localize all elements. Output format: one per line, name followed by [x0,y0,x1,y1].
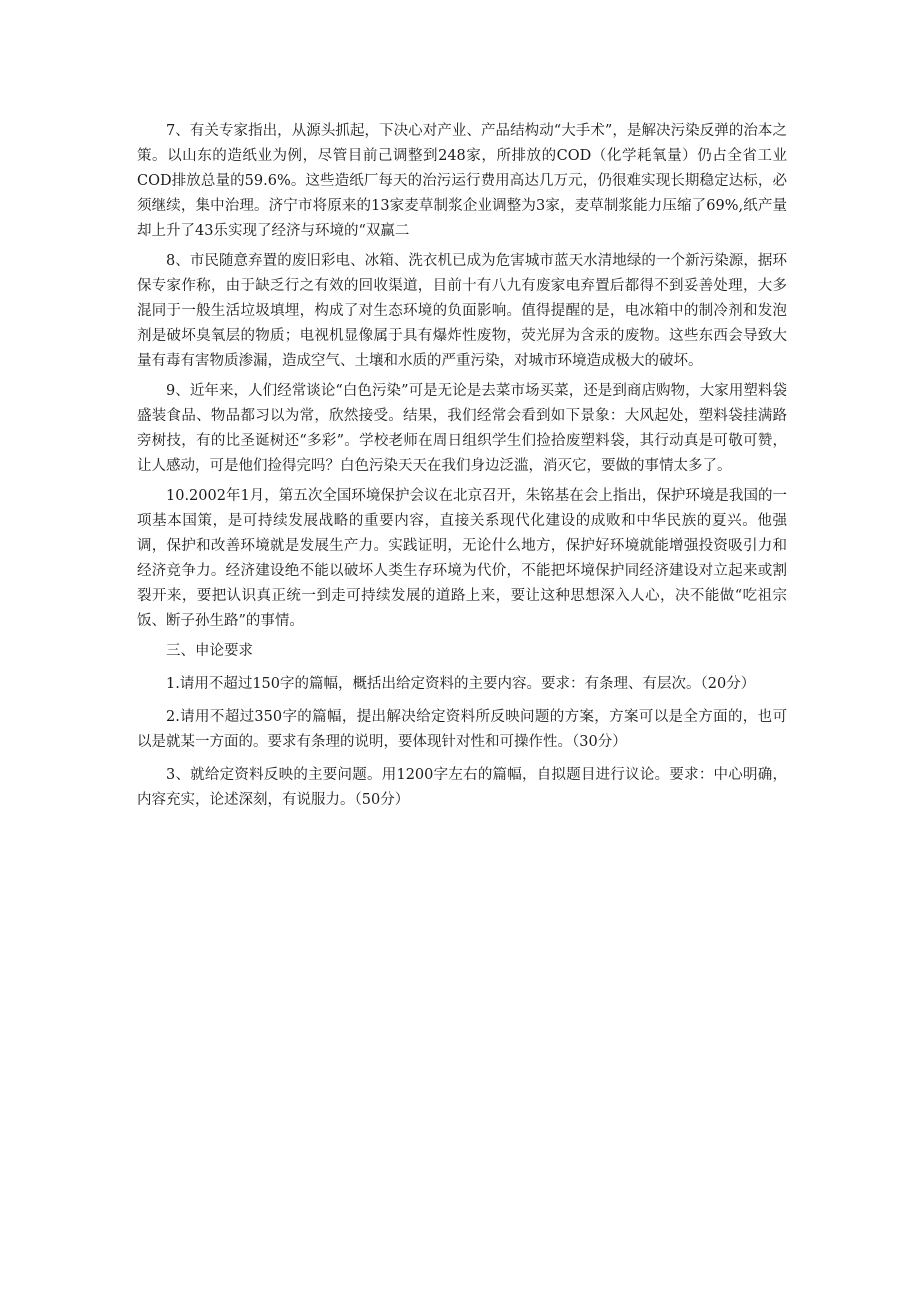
material-paragraph-7: 7、有关专家指出，从源头抓起，下决心对产业、产品结构动“大手术”，是解决污染反弹… [137,119,787,244]
document-page: 7、有关专家指出，从源头抓起，下决心对产业、产品结构动“大手术”，是解决污染反弹… [137,119,787,821]
material-paragraph-10: 10.2002年1月，第五次全国环境保护会议在北京召开，朱铭基在会上指出，保护环… [137,484,787,634]
material-paragraph-9: 9、近年来，人们经常谈论“白色污染”可是无论是去菜市场买菜，还是到商店购物，大家… [137,379,787,479]
material-paragraph-8: 8、市民随意弃置的废旧彩电、冰箱、洗衣机已成为危害城市蓝天水清地绿的一个新污染源… [137,249,787,374]
requirement-3: 3、就给定资料反映的主要问题。用1200字左右的篇幅，自拟题目进行议论。要求：中… [137,763,787,813]
requirement-1: 1.请用不超过150字的篇幅，概括出给定资料的主要内容。要求：有条理、有层次。（… [137,672,787,697]
section-heading: 三、申论要求 [137,639,787,664]
requirement-2: 2.请用不超过350字的篇幅，提出解决给定资料所反映问题的方案，方案可以是全方面… [137,705,787,755]
